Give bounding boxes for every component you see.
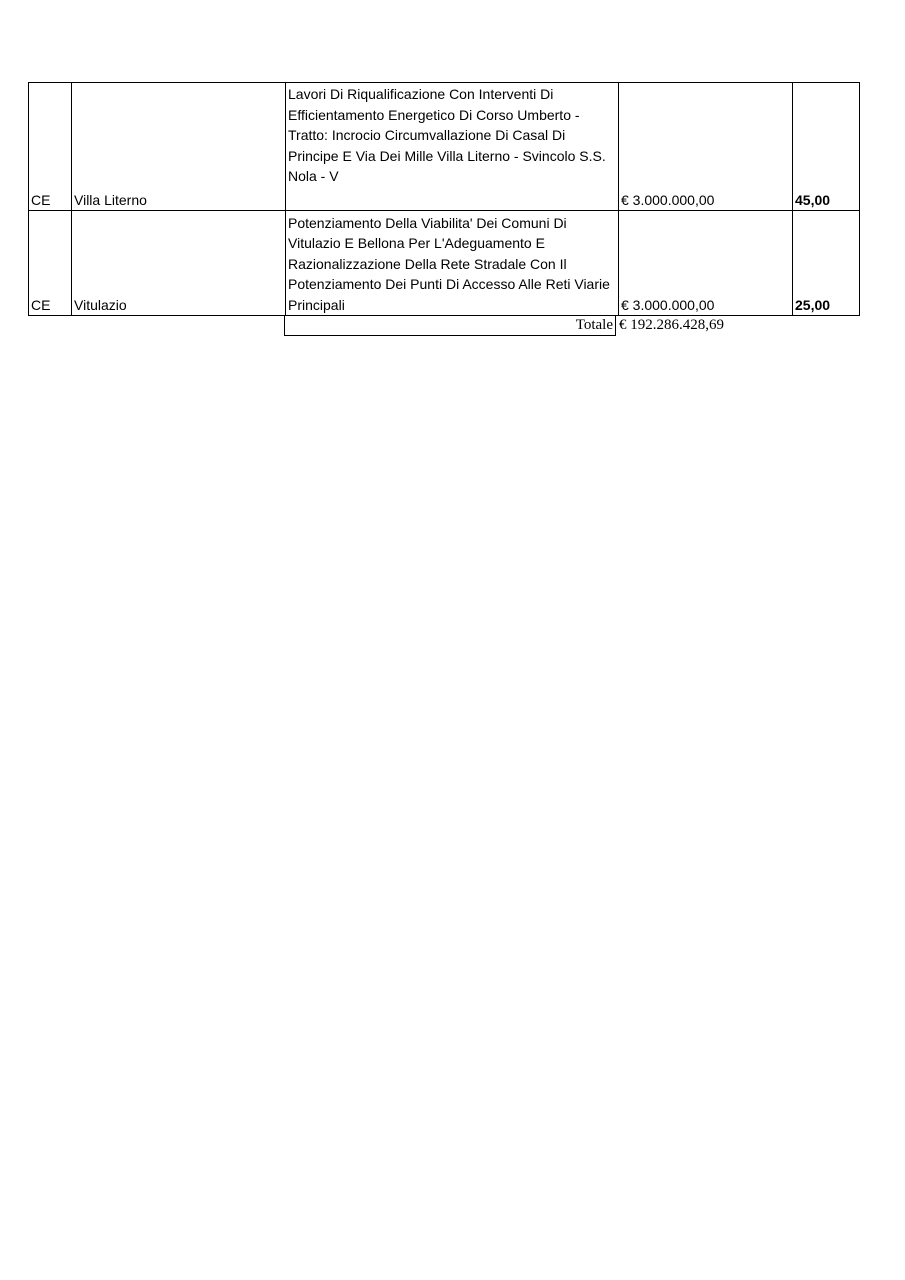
- comune-cell: Vitulazio: [72, 211, 286, 316]
- punteggio-cell: 25,00: [793, 211, 860, 316]
- descrizione-cell: Potenziamento Della Viabilita' Dei Comun…: [286, 211, 619, 316]
- punteggio-cell: 45,00: [793, 83, 860, 211]
- table-row: CE Villa Literno Lavori Di Riqualificazi…: [29, 83, 860, 211]
- totale-label: Totale: [284, 316, 616, 336]
- importo-cell: € 3.000.000,00: [619, 83, 793, 211]
- totale-value: € 192.286.428,69: [619, 316, 724, 335]
- provincia-cell: CE: [29, 211, 72, 316]
- table-row: CE Vitulazio Potenziamento Della Viabili…: [29, 211, 860, 316]
- provincia-cell: CE: [29, 83, 72, 211]
- descrizione-text: Potenziamento Della Viabilita' Dei Comun…: [288, 215, 610, 313]
- importo-cell: € 3.000.000,00: [619, 211, 793, 316]
- descrizione-cell: Lavori Di Riqualificazione Con Intervent…: [286, 83, 619, 211]
- projects-table: CE Villa Literno Lavori Di Riqualificazi…: [28, 82, 860, 316]
- comune-cell: Villa Literno: [72, 83, 286, 211]
- descrizione-text: Lavori Di Riqualificazione Con Intervent…: [288, 86, 606, 184]
